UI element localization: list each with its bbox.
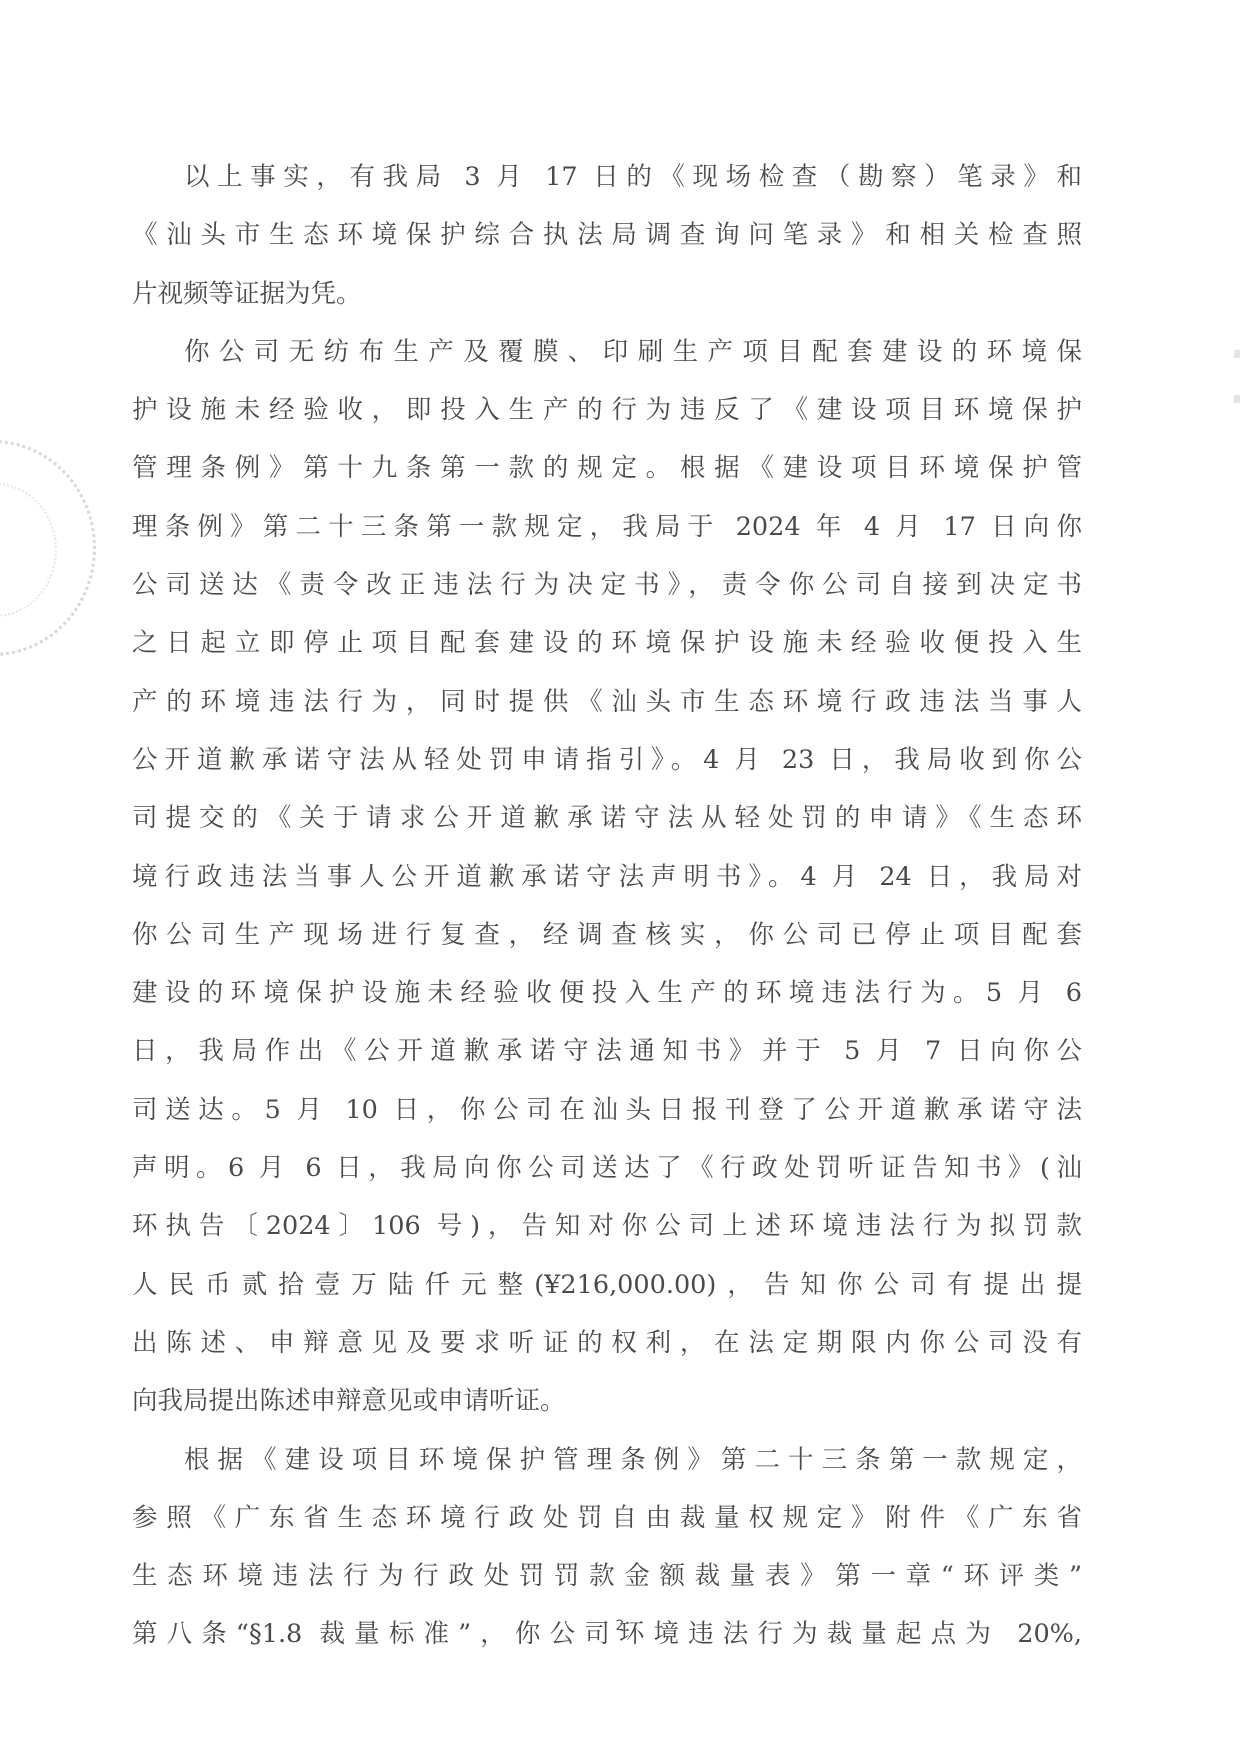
text-line: 理条例》第二十三条第一款规定，我局于 2024 年 4 月 17 日向你 bbox=[132, 498, 1082, 556]
text-line: 第八条“§1.8 裁量标准”，你公司环境违法行为裁量起点为 20%, bbox=[132, 1605, 1082, 1663]
text-line: 生态环境违法行为行政处罚罚款金额裁量表》第一章“环评类” bbox=[132, 1547, 1082, 1605]
scan-edge-mark bbox=[1234, 350, 1240, 358]
scan-edge-mark bbox=[1234, 395, 1240, 403]
text-line: 以上事实，有我局 3 月 17 日的《现场检查（勘察）笔录》和 bbox=[132, 148, 1082, 206]
text-line: 境行政违法当事人公开道歉承诺守法声明书》。4 月 24 日，我局对 bbox=[132, 848, 1082, 906]
text-line: 人民币贰拾壹万陆仟元整(¥216,000.00)，告知你公司有提出提 bbox=[132, 1256, 1082, 1314]
text-line: 向我局提出陈述申辩意见或申请听证。 bbox=[132, 1372, 1082, 1430]
page-number: 2 bbox=[0, 1618, 1240, 1634]
text-line: 片视频等证据为凭。 bbox=[132, 265, 1082, 323]
paragraph-evidence: 以上事实，有我局 3 月 17 日的《现场检查（勘察）笔录》和 《汕头市生态环境… bbox=[132, 148, 1082, 323]
document-page: 以上事实，有我局 3 月 17 日的《现场检查（勘察）笔录》和 《汕头市生态环境… bbox=[0, 0, 1240, 1754]
text-line: 司送达。5 月 10 日，你公司在汕头日报刊登了公开道歉承诺守法 bbox=[132, 1081, 1082, 1139]
text-line: 你公司无纺布生产及覆膜、印刷生产项目配套建设的环境保 bbox=[132, 323, 1082, 381]
text-line: 管理条例》第十九条第一款的规定。根据《建设项目环境保护管 bbox=[132, 439, 1082, 497]
text-line: 《汕头市生态环境保护综合执法局调查询问笔录》和相关检查照 bbox=[132, 206, 1082, 264]
text-line: 你公司生产现场进行复查，经调查核实，你公司已停止项目配套 bbox=[132, 906, 1082, 964]
text-line: 根据《建设项目环境保护管理条例》第二十三条第一款规定， bbox=[132, 1431, 1082, 1489]
text-line: 参照《广东省生态环境行政处罚自由裁量权规定》附件《广东省 bbox=[132, 1489, 1082, 1547]
text-line: 护设施未经验收，即投入生产的行为违反了《建设项目环境保护 bbox=[132, 381, 1082, 439]
paragraph-violation-facts: 你公司无纺布生产及覆膜、印刷生产项目配套建设的环境保 护设施未经验收，即投入生产… bbox=[132, 323, 1082, 1431]
text-line: 声明。6 月 6 日，我局向你公司送达了《行政处罚听证告知书》(汕 bbox=[132, 1139, 1082, 1197]
text-line: 建设的环境保护设施未经验收便投入生产的环境违法行为。5 月 6 bbox=[132, 964, 1082, 1022]
text-line: 之日起立即停止项目配套建设的环境保护设施未经验收便投入生 bbox=[132, 614, 1082, 672]
text-line: 公司送达《责令改正违法行为决定书》，责令你公司自接到决定书 bbox=[132, 556, 1082, 614]
text-line: 司提交的《关于请求公开道歉承诺守法从轻处罚的申请》《生态环 bbox=[132, 789, 1082, 847]
text-line: 产的环境违法行为，同时提供《汕头市生态环境行政违法当事人 bbox=[132, 673, 1082, 731]
text-line: 日，我局作出《公开道歉承诺守法通知书》并于 5 月 7 日向你公 bbox=[132, 1022, 1082, 1080]
document-body: 以上事实，有我局 3 月 17 日的《现场检查（勘察）笔录》和 《汕头市生态环境… bbox=[132, 148, 1082, 1664]
official-seal-icon bbox=[0, 440, 96, 656]
text-line: 公开道歉承诺守法从轻处罚申请指引》。4 月 23 日，我局收到你公 bbox=[132, 731, 1082, 789]
text-line: 环执告〔2024〕106 号)，告知对你公司上述环境违法行为拟罚款 bbox=[132, 1197, 1082, 1255]
seal-inner-ring bbox=[0, 483, 57, 617]
text-line: 出陈述、申辩意见及要求听证的权利，在法定期限内你公司没有 bbox=[132, 1314, 1082, 1372]
